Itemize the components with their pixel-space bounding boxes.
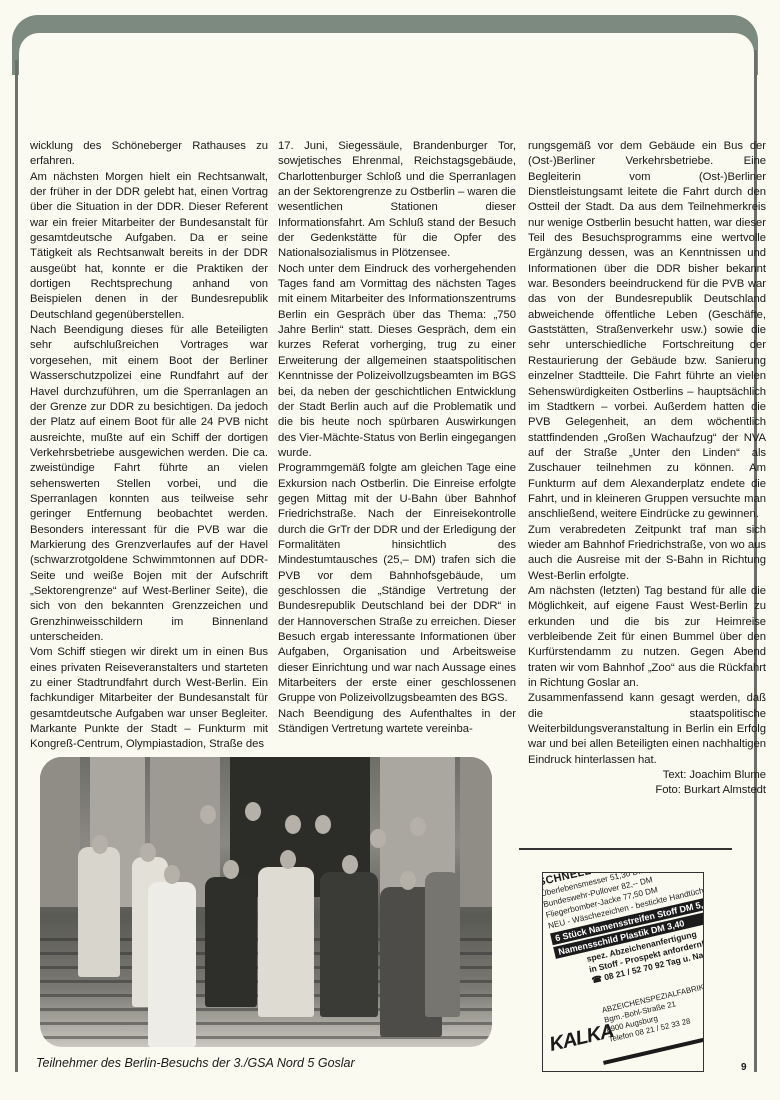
page-frame-left-border [15,60,18,1072]
photo-person [148,882,196,1047]
photo-person [425,872,460,1017]
advertisement-kalka: SCHNELLSERVICE! Überlebensmesser 51,30 D… [542,872,704,1072]
photo-person [320,872,378,1017]
photo-head [315,815,331,834]
photo-head [410,817,426,836]
paragraph: Noch unter dem Eindruck des vorhergehend… [278,262,516,461]
photo-head [342,855,358,874]
paragraph: Nach Beendigung des Aufenthaltes in der … [278,707,516,738]
photo-person [78,847,120,977]
photo-head [280,850,296,869]
photo-person [258,867,314,1017]
paragraph: Vom Schiff stiegen wir direkt um in eine… [30,645,268,752]
photo-head [140,843,156,862]
text-credit: Text: Joachim Blume [528,768,766,783]
page-frame-inner [19,33,754,93]
paragraph: rungsgemäß vor dem Gebäude ein Bus der (… [528,139,766,523]
photo-head [370,829,386,848]
group-photo [40,757,492,1047]
photo-pillar [460,757,492,907]
photo-pillar [40,757,80,907]
photo-head [223,860,239,879]
photo-head [164,865,180,884]
photo-caption: Teilnehmer des Berlin-Besuchs der 3./GSA… [36,1056,355,1070]
page-number: 9 [741,1062,747,1073]
paragraph: Am nächsten (letzten) Tag bestand für al… [528,584,766,691]
photo-head [400,871,416,890]
photo-head [245,802,261,821]
ad-rotated-content: SCHNELLSERVICE! Überlebensmesser 51,30 D… [542,872,704,993]
paragraph: Zusammenfassend kann gesagt werden, daß … [528,691,766,768]
section-divider [519,848,732,850]
photo-credit: Foto: Burkart Almstedt [528,783,766,798]
photo-head [200,805,216,824]
paragraph: Nach Beendigung dieses für alle Beteilig… [30,323,268,645]
paragraph: Am nächsten Morgen hielt ein Rechtsanwal… [30,170,268,323]
paragraph: Zum verabredeten Zeitpunkt traf man sich… [528,523,766,584]
article-column-1: wicklung des Schöneberger Rathauses zu e… [30,139,268,753]
paragraph: wicklung des Schöneberger Rathauses zu e… [30,139,268,170]
paragraph: 17. Juni, Siegessäule, Brandenburger Tor… [278,139,516,262]
paragraph: Programmgemäß folgte am gleichen Tage ei… [278,461,516,707]
photo-head [92,835,108,854]
ad-address: ABZEICHENSPEZIALFABRIK Bgm.-Bohl-Straße … [601,983,704,1045]
photo-person [205,877,257,1007]
article-column-3: rungsgemäß vor dem Gebäude ein Bus der (… [528,139,766,799]
photo-head [285,815,301,834]
article-column-2: 17. Juni, Siegessäule, Brandenburger Tor… [278,139,516,737]
